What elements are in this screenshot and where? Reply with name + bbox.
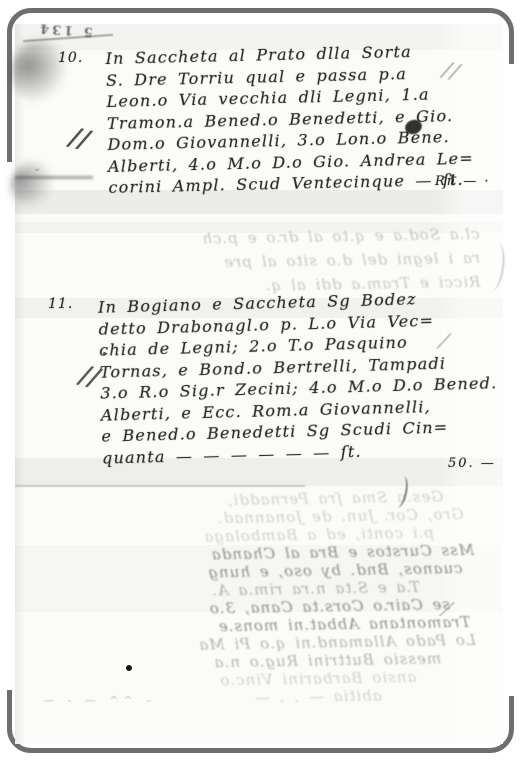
frame-gap-right — [503, 64, 522, 696]
faint-bottom-dashes: — - — ^^ – — [43, 694, 157, 707]
double-slash-mark: // — [78, 364, 102, 390]
entry-10-text: In Saccheta al Prato dlla Sorta S. Dre T… — [105, 40, 458, 198]
entry-10-amount: Rñ — · — [435, 174, 491, 189]
bleed-through-text-lower: Ges.a Sma ſra Pernaddi, Gro, Cor. Jun. d… — [113, 487, 477, 709]
scan-line-artifact — [15, 485, 305, 487]
frame-gap-left — [2, 162, 16, 690]
entry-11-amount: 50. — — [448, 456, 496, 471]
double-slash-mark: // — [68, 126, 92, 152]
manuscript-scan-page: 5 134 10. // // ˇ In Saccheta al Prato d… — [0, 0, 522, 760]
entry-11-text: In Bogiano e Saccheta Sg Bodez detto Dra… — [98, 287, 462, 468]
entry-10-number: 10. — [58, 50, 83, 66]
ink-dot — [126, 665, 132, 671]
left-edge-streak — [15, 176, 93, 179]
check-tick-mark: ˇ — [33, 168, 40, 183]
paper-sheet: 5 134 10. // // ˇ In Saccheta al Prato d… — [15, 24, 503, 744]
entry-11-number: 11. — [48, 296, 73, 312]
